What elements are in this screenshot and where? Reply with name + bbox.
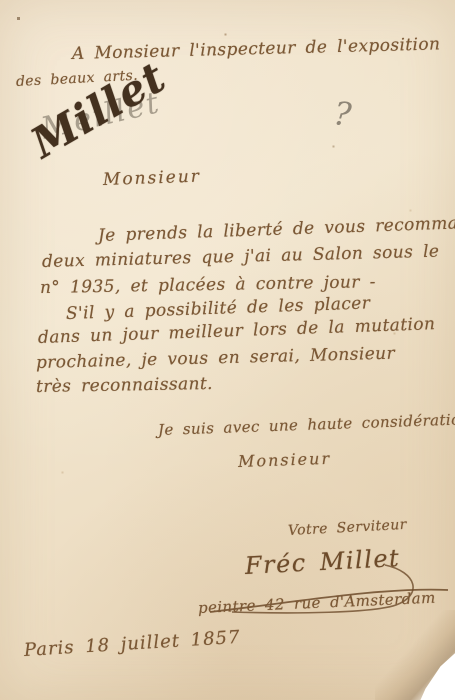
letter-paper: Meillet Millet ? A Monsieur l'inspecteur…: [0, 0, 455, 700]
valediction: Votre Serviteur: [288, 517, 408, 539]
paper-foxing-specks: [0, 0, 1, 1]
pencil-question-mark: ?: [332, 94, 353, 134]
closing-line-1: Je suis avec une haute considération: [158, 410, 455, 439]
dateline: Paris 18 juillet 1857: [23, 627, 241, 661]
salutation: Monsieur: [103, 167, 202, 190]
body-line-7: très reconnaissant.: [36, 374, 213, 397]
body-line-6: prochaine, je vous en serai, Monsieur: [36, 344, 396, 373]
address-line-1: A Monsieur l'inspecteur de l'exposition: [72, 35, 432, 64]
closing-line-2: Monsieur: [238, 449, 332, 471]
body-line-2: deux miniatures que j'ai au Salon sous l…: [42, 242, 440, 272]
photo-background: Meillet Millet ? A Monsieur l'inspecteur…: [0, 0, 455, 700]
body-line-1: Je prends la liberté de vous recommander: [98, 212, 455, 246]
